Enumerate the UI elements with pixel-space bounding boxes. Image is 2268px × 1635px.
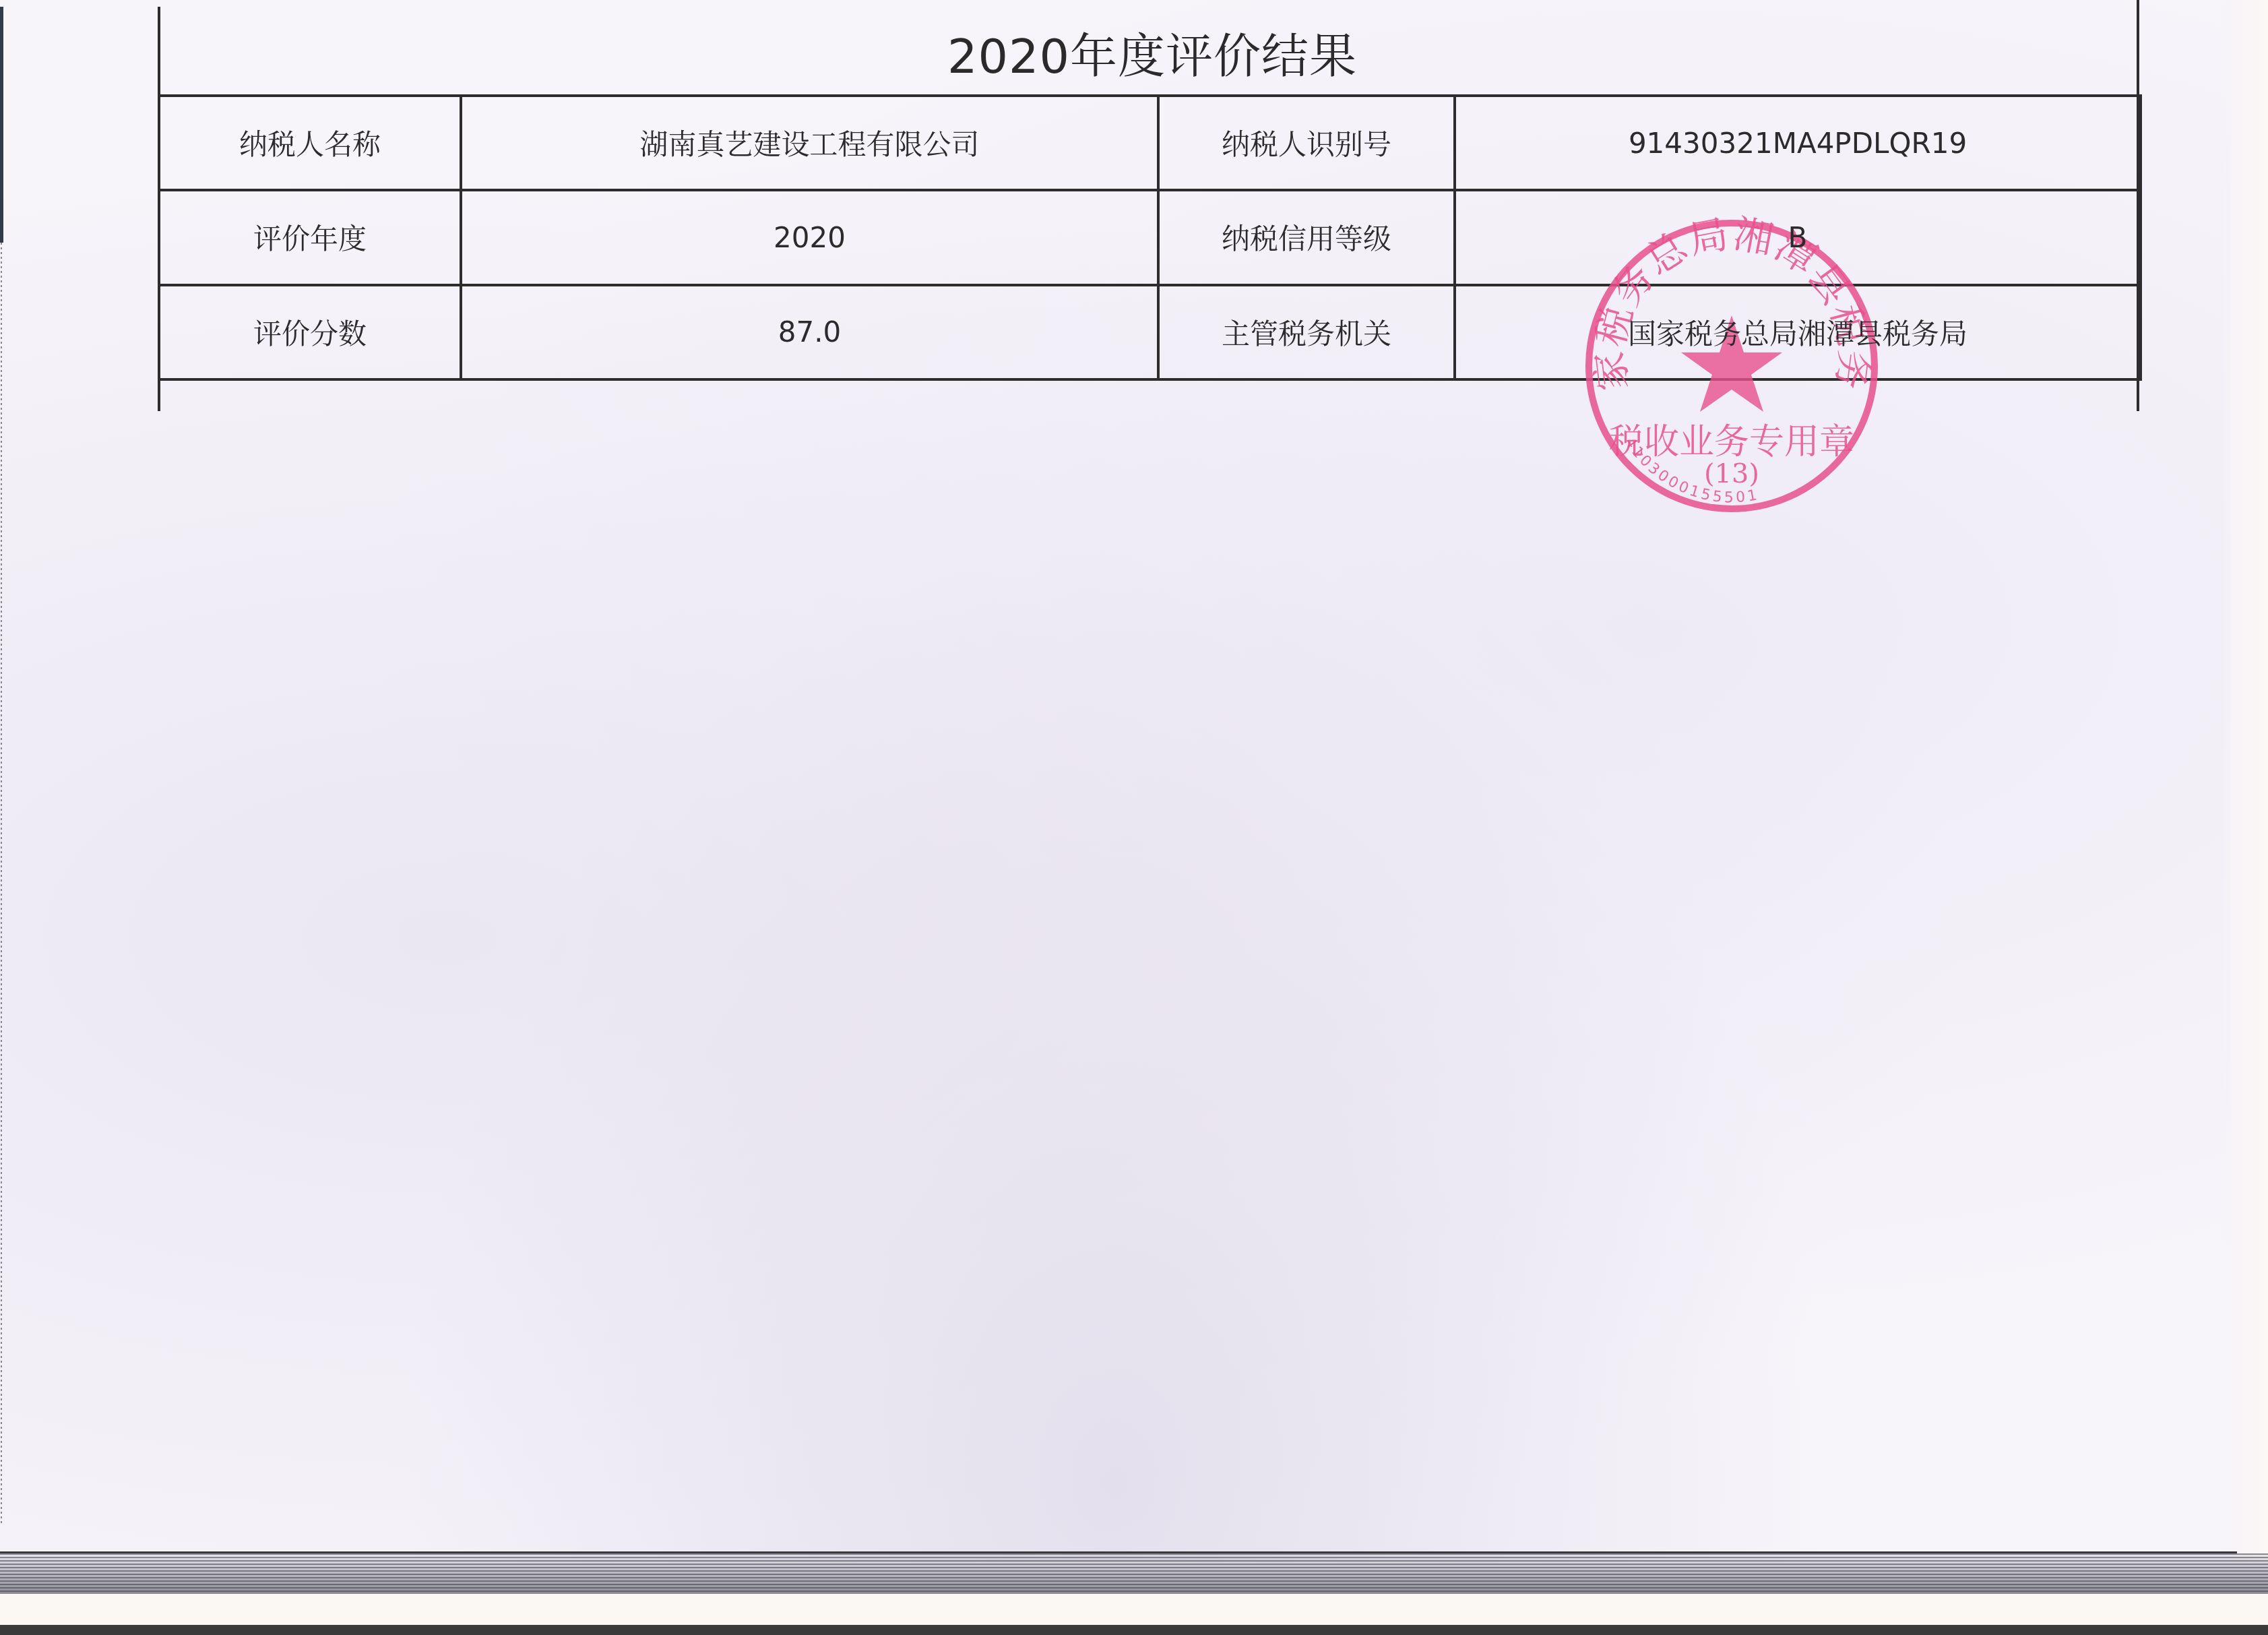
taxpayer-name-label: 纳税人名称 bbox=[159, 96, 461, 190]
table-row: 纳税人名称 湖南真艺建设工程有限公司 纳税人识别号 91430321MA4PDL… bbox=[159, 96, 2141, 190]
credit-grade-label: 纳税信用等级 bbox=[1158, 190, 1455, 284]
table-row: 评价分数 87.0 主管税务机关 国家税务总局湘潭县税务局 bbox=[159, 285, 2141, 379]
scan-bottom-edge bbox=[0, 1625, 2268, 1635]
document-title: 2020年度评价结果 bbox=[876, 19, 1428, 87]
evaluation-score-value: 87.0 bbox=[461, 285, 1158, 379]
evaluation-score-label: 评价分数 bbox=[159, 285, 461, 379]
credit-grade-text: B bbox=[1788, 221, 1808, 254]
tax-authority-value: 国家税务总局湘潭县税务局 bbox=[1455, 285, 2141, 379]
scan-bottom-band bbox=[0, 1553, 2268, 1594]
scan-edge-right bbox=[2221, 0, 2268, 1562]
taxpayer-id-label: 纳税人识别号 bbox=[1158, 96, 1455, 190]
scan-edge-dashes bbox=[1, 243, 2, 1523]
evaluation-year-value: 2020 bbox=[461, 190, 1158, 284]
evaluation-year-label: 评价年度 bbox=[159, 190, 461, 284]
tax-authority-text: 国家税务总局湘潭县税务局 bbox=[1628, 317, 1967, 350]
tax-authority-label: 主管税务机关 bbox=[1158, 285, 1455, 379]
taxpayer-name-value: 湖南真艺建设工程有限公司 bbox=[461, 96, 1158, 190]
credit-grade-value: B bbox=[1455, 190, 2141, 284]
scan-bottom-margin bbox=[0, 1594, 2268, 1625]
evaluation-result-table: 纳税人名称 湖南真艺建设工程有限公司 纳税人识别号 91430321MA4PDL… bbox=[158, 94, 2142, 381]
taxpayer-id-value: 91430321MA4PDLQR19 bbox=[1455, 96, 2141, 190]
scan-edge-left bbox=[0, 7, 3, 243]
table-row: 评价年度 2020 纳税信用等级 B bbox=[159, 190, 2141, 284]
